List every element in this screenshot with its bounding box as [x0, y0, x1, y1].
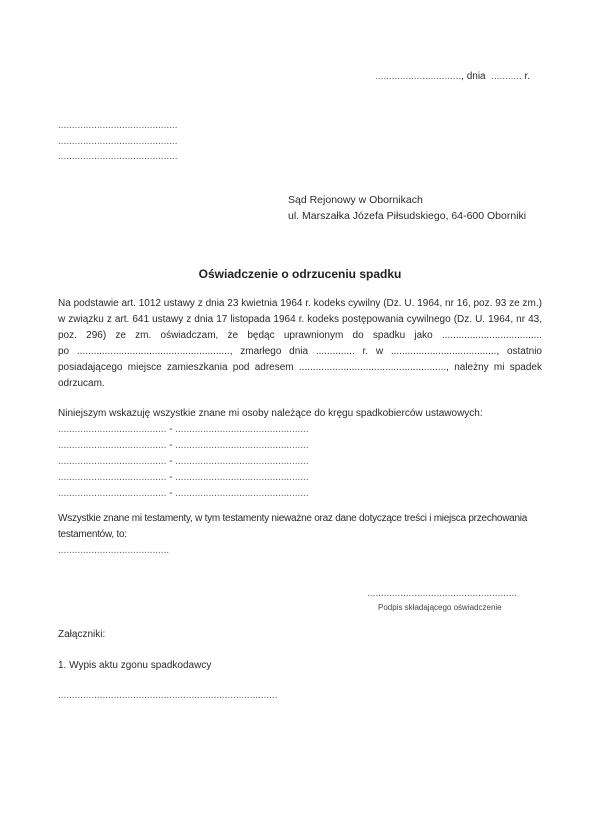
attachment-item: 1. Wypis aktu zgonu spadkodawcy [58, 660, 211, 671]
declaration-line: poz. 296) ze zm. oświadczam, że będąc up… [58, 328, 542, 344]
court-name: Sąd Rejonowy w Obornikach [288, 192, 526, 208]
heir-name-field[interactable]: ....................................... [58, 440, 166, 451]
heir-row: ....................................... … [58, 422, 483, 438]
heir-name-field[interactable]: ....................................... [58, 424, 166, 435]
declaration-line: po .....................................… [58, 344, 542, 360]
place-field[interactable]: ............................... [375, 71, 461, 82]
declaration-line: w związku z art. 641 ustawy z dnia 17 li… [58, 312, 542, 328]
court-address: ul. Marszałka Józefa Piłsudskiego, 64-60… [288, 208, 526, 224]
sender-block: ........................................… [58, 118, 177, 165]
heir-row: ....................................... … [58, 486, 483, 502]
heir-separator: - [166, 488, 175, 499]
place-date-line: ..............................., dnia ..… [375, 71, 530, 82]
heir-relation-field[interactable]: ........................................… [175, 456, 308, 467]
heir-row: ....................................... … [58, 454, 483, 470]
testaments-text: testamentów, to: [58, 527, 542, 543]
court-address-block: Sąd Rejonowy w Obornikach ul. Marszałka … [288, 192, 526, 224]
sender-name-field[interactable]: ........................................… [58, 118, 177, 134]
heirs-section: Niniejszym wskazuję wszystkie znane mi o… [58, 406, 483, 502]
signature-label: Podpis składającego oświadczenie [378, 603, 502, 612]
heir-row: ....................................... … [58, 470, 483, 486]
attachment-extra-field[interactable]: ........................................… [58, 690, 278, 701]
testaments-field[interactable]: ........................................ [58, 543, 542, 559]
signature-field[interactable]: ........................................… [367, 588, 517, 599]
declaration-paragraph: Na podstawie art. 1012 ustawy z dnia 23 … [58, 296, 542, 392]
declaration-line: Na podstawie art. 1012 ustawy z dnia 23 … [58, 296, 542, 312]
heir-separator: - [166, 424, 175, 435]
heir-relation-field[interactable]: ........................................… [175, 440, 308, 451]
date-prefix: , dnia [461, 71, 485, 82]
testaments-section: Wszystkie znane mi testamenty, w tym tes… [58, 511, 542, 559]
declaration-line: odrzucam. [58, 376, 542, 392]
heir-relation-field[interactable]: ........................................… [175, 424, 308, 435]
testaments-text: Wszystkie znane mi testamenty, w tym tes… [58, 511, 542, 527]
heir-separator: - [166, 440, 175, 451]
heir-name-field[interactable]: ....................................... [58, 488, 166, 499]
heir-relation-field[interactable]: ........................................… [175, 488, 308, 499]
sender-address-field[interactable]: ........................................… [58, 134, 177, 150]
heir-name-field[interactable]: ....................................... [58, 456, 166, 467]
document-title: Oświadczenie o odrzuceniu spadku [0, 267, 600, 281]
heir-row: ....................................... … [58, 438, 483, 454]
heir-name-field[interactable]: ....................................... [58, 472, 166, 483]
heir-separator: - [166, 472, 175, 483]
heir-relation-field[interactable]: ........................................… [175, 472, 308, 483]
year-suffix: r. [525, 71, 531, 82]
sender-city-field[interactable]: ........................................… [58, 149, 177, 165]
date-field[interactable]: ........... [491, 71, 522, 82]
heir-separator: - [166, 456, 175, 467]
attachments-heading: Załączniki: [58, 629, 105, 640]
declaration-line: posiadającego miejsce zamieszkania pod a… [58, 360, 542, 376]
heirs-intro: Niniejszym wskazuję wszystkie znane mi o… [58, 406, 483, 422]
